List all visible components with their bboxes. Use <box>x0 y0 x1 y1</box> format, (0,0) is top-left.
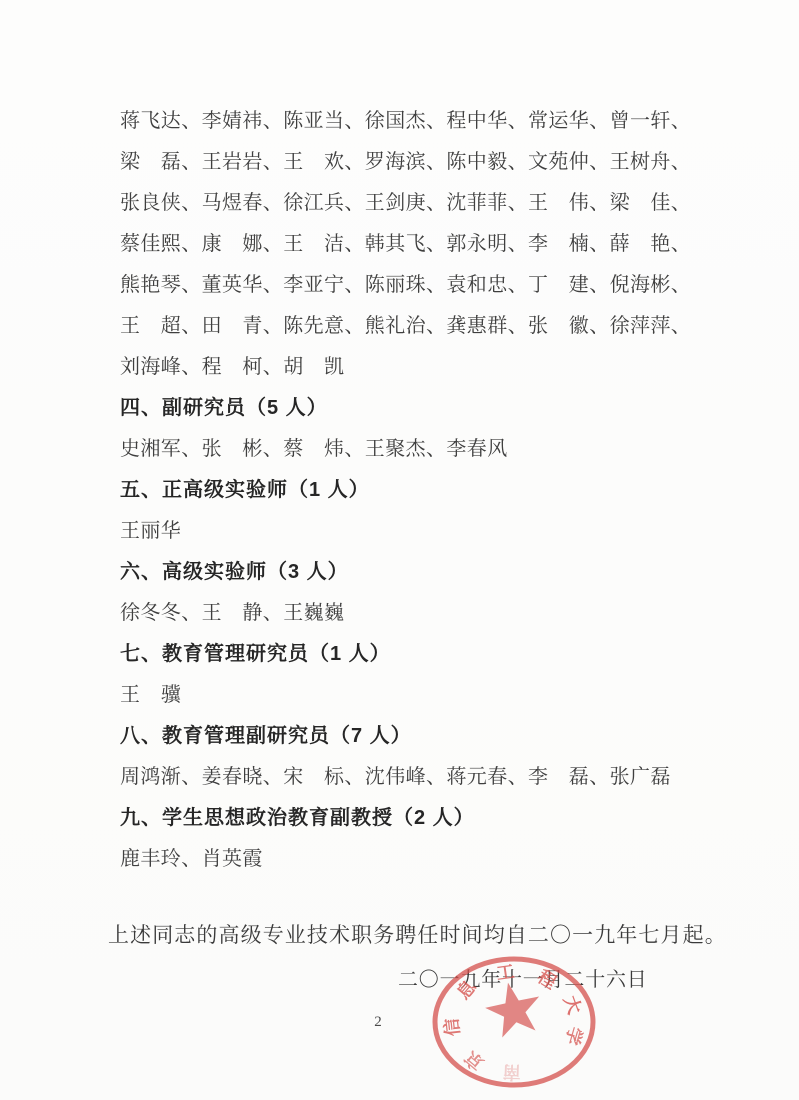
section-names-4: 史湘军、张 彬、蔡 炜、王聚杰、李春风 <box>120 429 739 470</box>
document-date: 二〇一九年十一月二十六日 <box>398 960 648 1001</box>
appointment-name-lists: 蒋飞达、李婧祎、陈亚当、徐国杰、程中华、常运华、曾一轩、 梁 磊、王岩岩、王 欢… <box>120 101 739 880</box>
scanned-document-page: 蒋飞达、李婧祎、陈亚当、徐国杰、程中华、常运华、曾一轩、 梁 磊、王岩岩、王 欢… <box>0 0 799 1100</box>
section-names-5: 王丽华 <box>120 511 739 552</box>
closing-sentence: 上述同志的高级专业技术职务聘任时间均自二〇一九年七月起。 <box>108 915 727 956</box>
name-line: 刘海峰、程 柯、胡 凯 <box>120 347 739 388</box>
name-line: 梁 磊、王岩岩、王 欢、罗海滨、陈中毅、文苑仲、王树舟、 <box>120 142 739 183</box>
name-line: 王 超、田 青、陈先意、熊礼治、龚惠群、张 徽、徐萍萍、 <box>120 306 739 347</box>
seal-char: 学 <box>562 1024 587 1047</box>
section-heading-4: 四、副研究员（5 人） <box>120 388 739 429</box>
section-heading-6: 六、高级实验师（3 人） <box>120 552 739 593</box>
section-names-9: 鹿丰玲、肖英霞 <box>120 839 739 880</box>
section-heading-5: 五、正高级实验师（1 人） <box>120 470 739 511</box>
name-line: 蔡佳熙、康 娜、王 洁、韩其飞、郭永明、李 楠、薛 艳、 <box>120 224 739 265</box>
section-names-8: 周鸿渐、姜春晓、宋 标、沈伟峰、蒋元春、李 磊、张广磊 <box>120 757 739 798</box>
name-line: 蒋飞达、李婧祎、陈亚当、徐国杰、程中华、常运华、曾一轩、 <box>120 101 739 142</box>
seal-char: 南 <box>502 1062 521 1084</box>
section-names-7: 王 骥 <box>120 675 739 716</box>
section-heading-9: 九、学生思想政治教育副教授（2 人） <box>120 798 739 839</box>
name-line: 熊艳琴、董英华、李亚宁、陈丽珠、袁和忠、丁 建、倪海彬、 <box>120 265 739 306</box>
seal-char: 京 <box>460 1047 487 1075</box>
seal-char: 信 <box>440 1017 463 1037</box>
section-heading-7: 七、教育管理研究员（1 人） <box>120 634 739 675</box>
page-number: 2 <box>368 1014 388 1031</box>
section-names-6: 徐冬冬、王 静、王巍巍 <box>120 593 739 634</box>
name-line: 张良侠、马煜春、徐江兵、王剑庚、沈菲菲、王 伟、梁 佳、 <box>120 183 739 224</box>
section-heading-8: 八、教育管理副研究员（7 人） <box>120 716 739 757</box>
